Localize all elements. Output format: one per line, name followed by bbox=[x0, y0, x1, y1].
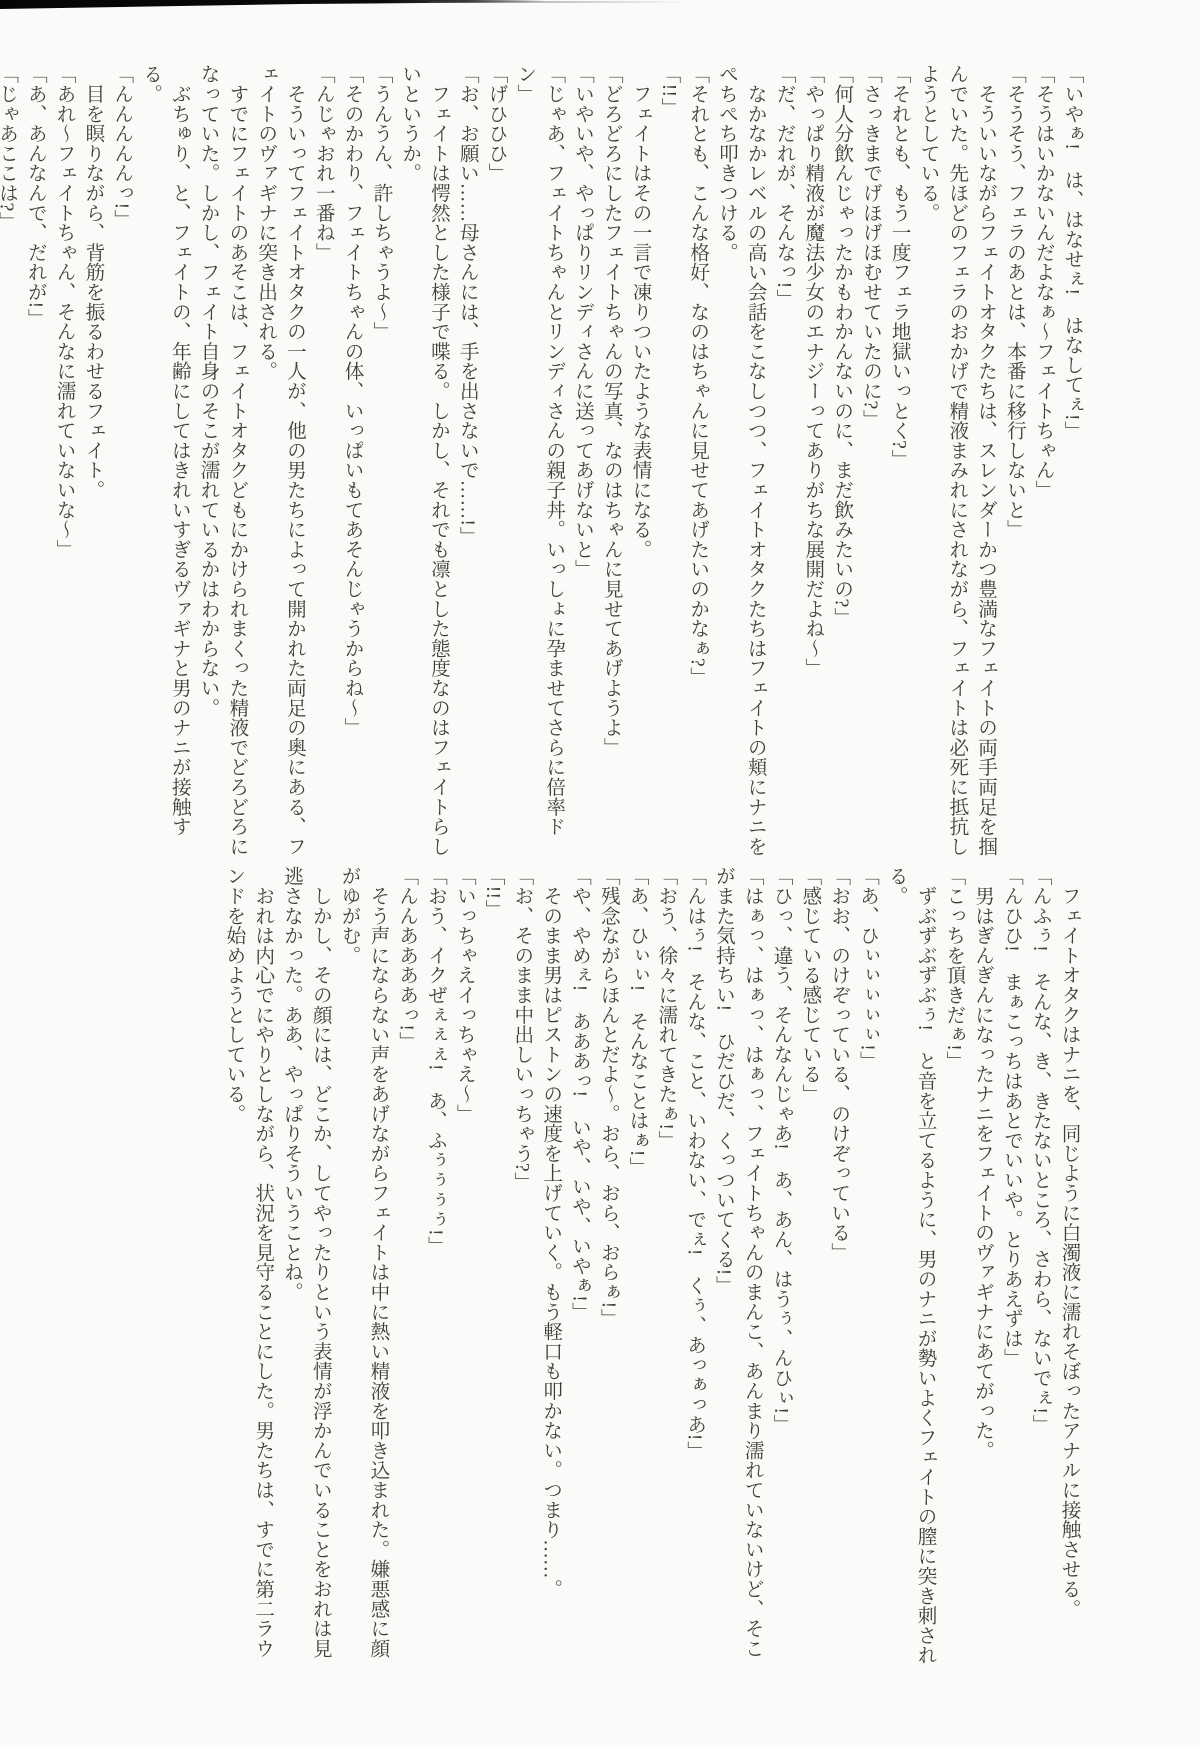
text-column-paragraph: 「はぁっ、はぁっ、はぁっ、フェイトちゃんのまんこ、あんまり濡れていないけど、そこ… bbox=[708, 866, 766, 1666]
text-column-paragraph: すでにフェイトのあそこは、フェイトオタクどもにかけられまくった精液でどろどろにな… bbox=[192, 64, 250, 864]
text-column-paragraph: 「あ、ひぃぃ! そんなことはぁ!」 bbox=[621, 866, 650, 1666]
scan-edge-hairline-artifact bbox=[430, 1, 690, 3]
top-text-block: 「いやぁ! は、はなせぇ! はなしてぇ!」「そうはいかないんだよなぁ〜フェイトち… bbox=[0, 64, 1085, 864]
text-column-paragraph: 男はぎんぎんになったナニをフェイトのヴァギナにあてがった。 bbox=[967, 866, 996, 1666]
text-column-paragraph: 「!!」 bbox=[477, 866, 506, 1666]
text-column-paragraph: 「あ、あんなんで、だれが!」 bbox=[20, 64, 49, 864]
scanned-page-background: 「いやぁ! は、はなせぇ! はなしてぇ!」「そうはいかないんだよなぁ〜フェイトち… bbox=[0, 0, 1200, 1747]
text-column-paragraph: 「んんああああっ!」 bbox=[391, 866, 420, 1666]
text-column-paragraph: 「んじゃおれ一番ね」 bbox=[307, 64, 336, 864]
text-column-paragraph: 「やっぱり精液が魔法少女のエナジーってありがちな展開だよね〜」 bbox=[797, 64, 826, 864]
text-column-paragraph: 「あれ〜フェイトちゃん、そんなに濡れていないな〜」 bbox=[48, 64, 77, 864]
text-column-paragraph: 「おう、徐々に濡れてきたぁ!」 bbox=[650, 866, 679, 1666]
text-column-paragraph: 「じゃあ、フェイトちゃんとリンディさんの親子丼。いっしょに孕ませてさらに倍率ドン… bbox=[509, 64, 567, 864]
text-column-paragraph: 「何人分飲んじゃったかもわかんないのに、まだ飲みたいの?」 bbox=[826, 64, 855, 864]
text-column-paragraph: 「や、やめぇ! あああっ! いや、いや、いやぁ!」 bbox=[564, 866, 593, 1666]
text-column-paragraph: フェイトはその一言で凍りついたような表情になる。 bbox=[624, 64, 653, 864]
text-column-paragraph: 「さっきまでげほげほむせていたのに?」 bbox=[855, 64, 884, 864]
text-column-paragraph: 「お、お願い……母さんには、手を出さないで……!」 bbox=[451, 64, 480, 864]
bottom-text-block: フェイトオタクはナニを、同じように白濁液に濡れそぼったアナルに接触させる。「んふ… bbox=[218, 866, 1082, 1666]
text-column-paragraph: ずぶずぶずぶぅ! と音を立てるように、男のナニが勢いよくフェイトの膣に突き刺され… bbox=[880, 866, 938, 1666]
text-column-paragraph: 「お、そのまま中出しいっちゃう?」 bbox=[506, 866, 535, 1666]
text-column-paragraph: 「ひっ、違う、そんなんじゃあ! あ、あん、はうぅ、んひぃ!」 bbox=[765, 866, 794, 1666]
text-column-paragraph: 「おう、イクぜぇぇぇ! あ、ふぅぅぅぅ!」 bbox=[420, 866, 449, 1666]
text-column-paragraph: おれは内心でにやりとしながら、状況を見守ることにした。男たちは、すでに第二ラウン… bbox=[218, 866, 276, 1666]
text-column-paragraph: 「そうはいかないんだよなぁ〜フェイトちゃん」 bbox=[1027, 64, 1056, 864]
text-column-paragraph: フェイトオタクはナニを、同じように白濁液に濡れそぼったアナルに接触させる。 bbox=[1053, 866, 1082, 1666]
text-column-paragraph: 「こっちを頂きだぁ!」 bbox=[938, 866, 967, 1666]
text-column-paragraph: 「いっちゃえイっちゃえ〜」 bbox=[448, 866, 477, 1666]
text-column-paragraph: 「!!」 bbox=[653, 64, 682, 864]
text-column-paragraph: 「うんうん、許しちゃうよ〜」 bbox=[365, 64, 394, 864]
text-column-paragraph: 「あ、ひぃぃぃぃぃ!」 bbox=[852, 866, 881, 1666]
text-column-paragraph: フェイトは愕然とした様子で喋る。しかし、それでも凛とした態度なのはフェイトらしい… bbox=[394, 64, 452, 864]
text-column-paragraph: そのまま男はピストンの速度を上げていく。もう軽口も叩かない。つまり……。 bbox=[535, 866, 564, 1666]
text-column-paragraph: 「だ、だれが、そんなっ!」 bbox=[768, 64, 797, 864]
text-column-paragraph: そういってフェイトオタクの一人が、他の男たちによって開かれた両足の奥にある、フェ… bbox=[250, 64, 308, 864]
text-column-paragraph: 「んひひ! まぁこっちはあとでいいや。とりあえずは」 bbox=[996, 866, 1025, 1666]
text-column-paragraph: 「それとも、もう一度フェラ地獄いっとく?」 bbox=[883, 64, 912, 864]
text-column-paragraph: 目を瞑りながら、背筋を振るわせるフェイト。 bbox=[77, 64, 106, 864]
text-column-paragraph: 「いやいや、やっぱりリンディさんに送ってあげないと」 bbox=[567, 64, 596, 864]
text-column-paragraph: 「どろどろにしたフェイトちゃんの写真、なのはちゃんに見せてあげようよ」 bbox=[595, 64, 624, 864]
text-column-paragraph: 「残念ながらほんとだよ〜。おら、おら、おらぁ!」 bbox=[592, 866, 621, 1666]
text-column-paragraph: 「おお、のけぞっている、のけぞっている」 bbox=[823, 866, 852, 1666]
text-column-paragraph: なかなかレベルの高い会話をこなしつつ、フェイトオタクたちはフェイトの頬にナニをぺ… bbox=[711, 64, 769, 864]
text-column-paragraph: 「そうそう、フェラのあとは、本番に移行しないと」 bbox=[999, 64, 1028, 864]
text-column-paragraph: しかし、その顔には、どこか、してやったりという表情が浮かんでいることをおれは見逃… bbox=[276, 866, 334, 1666]
text-column-paragraph: そういいながらフェイトオタクたちは、スレンダーかつ豊満なフェイトの両手両足を掴ん… bbox=[912, 64, 998, 864]
text-column-paragraph: 「そのかわり、フェイトちゃんの体、いっぱいもてあそんじゃうからね〜」 bbox=[336, 64, 365, 864]
text-column-paragraph: 「げひひひ」 bbox=[480, 64, 509, 864]
text-column-paragraph: 「感じている感じている」 bbox=[794, 866, 823, 1666]
text-column-paragraph: そう声にならない声をあげながらフェイトは中に熱い精液を叩き込まれた。嫌悪感に顔が… bbox=[333, 866, 391, 1666]
text-column-paragraph: 「んんんんんっ!」 bbox=[106, 64, 135, 864]
text-column-paragraph: 「んふぅ! そんな、き、きたないところ、さわら、ないでぇ!」 bbox=[1024, 866, 1053, 1666]
text-column-paragraph: ぶちゅり、と、フェイトの、年齢にしてはきれいすぎるヴァギナと男のナニが接触する。 bbox=[135, 64, 193, 864]
text-column-paragraph: 「じゃあここは?」 bbox=[0, 64, 20, 864]
text-column-paragraph: 「いやぁ! は、はなせぇ! はなしてぇ!」 bbox=[1056, 64, 1085, 864]
text-column-paragraph: 「んはぅ! そんな、こと、いわない、でぇ! くぅ、あっぁっあ!」 bbox=[679, 866, 708, 1666]
text-column-paragraph: 「それとも、こんな格好、なのはちゃんに見せてあげたいのかなぁ?」 bbox=[682, 64, 711, 864]
